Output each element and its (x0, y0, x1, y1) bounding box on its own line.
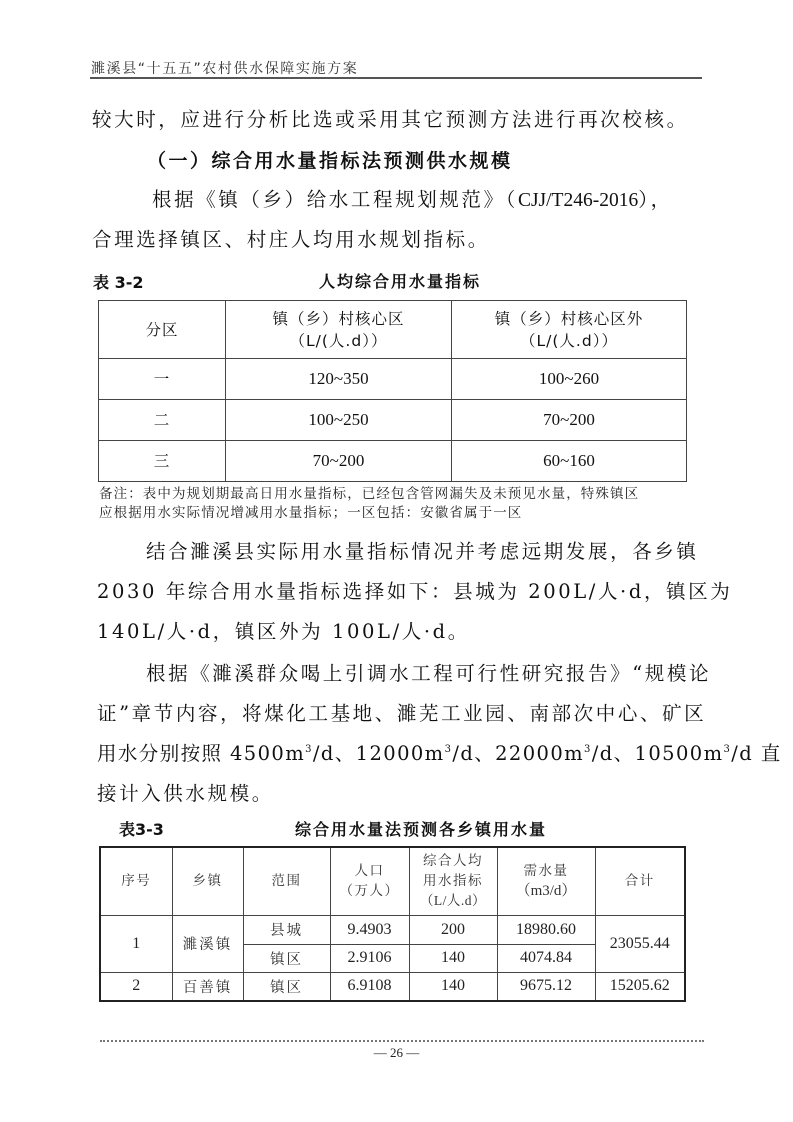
paragraph-text: 根据《镇（乡）给水工程规划规范》（ (152, 188, 518, 211)
paragraph-standard-ref-line1: 根据《镇（乡）给水工程规划规范》（CJJ/T246-2016）， (152, 180, 673, 221)
population-cell: 2.9106 (330, 944, 409, 972)
index-cell: 140 (409, 944, 497, 972)
header-cell-population: 人口（万人） (330, 847, 409, 915)
core-value-cell: 100~250 (226, 400, 452, 441)
table-3-2-label: 表 3-2 (93, 270, 143, 293)
paragraph-text: ）， (638, 188, 672, 211)
table-row: 一 120~350 100~260 (99, 359, 687, 400)
seq-cell: 1 (100, 915, 172, 972)
document-header-title: 濉溪县“十五五”农村供水保障实施方案 (91, 58, 358, 78)
header-cell-demand: 需水量（m3/d） (497, 847, 595, 915)
outside-value-cell: 100~260 (452, 359, 687, 400)
demand-cell: 4074.84 (497, 944, 595, 972)
standard-code: CJJ/T246-2016 (518, 190, 638, 211)
paragraph-selection-line1: 结合濉溪县实际用水量指标情况并考虑远期发展，各乡镇 (146, 532, 699, 572)
header-cell-index: 综合人均用水指标（L/人.d） (409, 847, 497, 915)
header-cell-town: 乡镇 (172, 847, 243, 915)
header-cell-core: 镇（乡）村核心区（L/(人.d）） (226, 301, 452, 359)
paragraph-report-line2: 证”章节内容，将煤化工基地、濉芜工业园、南部次中心、矿区 (97, 694, 706, 734)
index-cell: 200 (409, 915, 497, 944)
table-row: 2 百善镇 镇区 6.9108 140 9675.12 15205.62 (100, 972, 685, 1001)
outside-value-cell: 60~160 (452, 441, 687, 482)
header-cell-outside: 镇（乡）村核心区外（L/(人.d）） (452, 301, 687, 359)
paragraph-continuation: 较大时，应进行分析比选或采用其它预测方法进行再次校核。 (92, 100, 689, 140)
header-divider (90, 77, 702, 79)
seq-cell: 2 (100, 972, 172, 1001)
zone-cell: 二 (99, 400, 226, 441)
page-number: — 26 — (0, 1045, 793, 1061)
index-cell: 140 (409, 972, 497, 1001)
table-note-line2: 应根据用水实际情况增减用水量指标；一区包括：安徽省属于一区 (99, 504, 522, 523)
town-cell: 濉溪镇 (172, 915, 243, 972)
table-3-3: 序号 乡镇 范围 人口（万人） 综合人均用水指标（L/人.d） 需水量（m3/d… (99, 846, 686, 1002)
scope-cell: 县城 (243, 915, 330, 944)
demand-cell: 18980.60 (497, 915, 595, 944)
header-cell-scope: 范围 (243, 847, 330, 915)
paragraph-report-line1: 根据《濉溪群众喝上引调水工程可行性研究报告》“规模论 (146, 654, 711, 694)
table-header-row: 分区 镇（乡）村核心区（L/(人.d）） 镇（乡）村核心区外（L/(人.d）） (99, 301, 687, 359)
table-3-2: 分区 镇（乡）村核心区（L/(人.d）） 镇（乡）村核心区外（L/(人.d）） … (98, 300, 687, 482)
population-cell: 9.4903 (330, 915, 409, 944)
table-row: 三 70~200 60~160 (99, 441, 687, 482)
table-3-3-label: 表3-3 (119, 817, 164, 840)
table-3-3-title: 综合用水量法预测各乡镇用水量 (295, 817, 547, 840)
demand-cell: 9675.12 (497, 972, 595, 1001)
core-value-cell: 70~200 (226, 441, 452, 482)
header-cell-seq: 序号 (100, 847, 172, 915)
footer-divider (100, 1040, 704, 1042)
paragraph-selection-line3: 140L/人·d，镇区外为 100L/人·d。 (97, 612, 470, 652)
table-3-2-title: 人均综合用水量指标 (319, 269, 481, 292)
header-cell-total: 合计 (595, 847, 685, 915)
zone-cell: 三 (99, 441, 226, 482)
paragraph-report-line3: 用水分别按照 4500m3/d、12000m3/d、22000m3/d、1050… (97, 734, 782, 774)
outside-value-cell: 70~200 (452, 400, 687, 441)
header-cell-zone: 分区 (99, 301, 226, 359)
table-row: 1 濉溪镇 县城 9.4903 200 18980.60 23055.44 (100, 915, 685, 944)
scope-cell: 镇区 (243, 972, 330, 1001)
town-cell: 百善镇 (172, 972, 243, 1001)
paragraph-report-line4: 接计入供水规模。 (97, 774, 274, 814)
section-heading: （一）综合用水量指标法预测供水规模 (147, 146, 513, 173)
paragraph-standard-ref-line2: 合理选择镇区、村庄人均用水规划指标。 (92, 220, 490, 260)
total-cell: 23055.44 (595, 915, 685, 972)
population-cell: 6.9108 (330, 972, 409, 1001)
table-header-row: 序号 乡镇 范围 人口（万人） 综合人均用水指标（L/人.d） 需水量（m3/d… (100, 847, 685, 915)
zone-cell: 一 (99, 359, 226, 400)
scope-cell: 镇区 (243, 944, 330, 972)
paragraph-selection-line2: 2030 年综合用水量指标选择如下：县城为 200L/人·d，镇区为 (97, 572, 732, 612)
total-cell: 15205.62 (595, 972, 685, 1001)
core-value-cell: 120~350 (226, 359, 452, 400)
table-row: 二 100~250 70~200 (99, 400, 687, 441)
table-note-line1: 备注：表中为规划期最高日用水量指标，已经包含管网漏失及未预见水量，特殊镇区 (99, 485, 639, 504)
